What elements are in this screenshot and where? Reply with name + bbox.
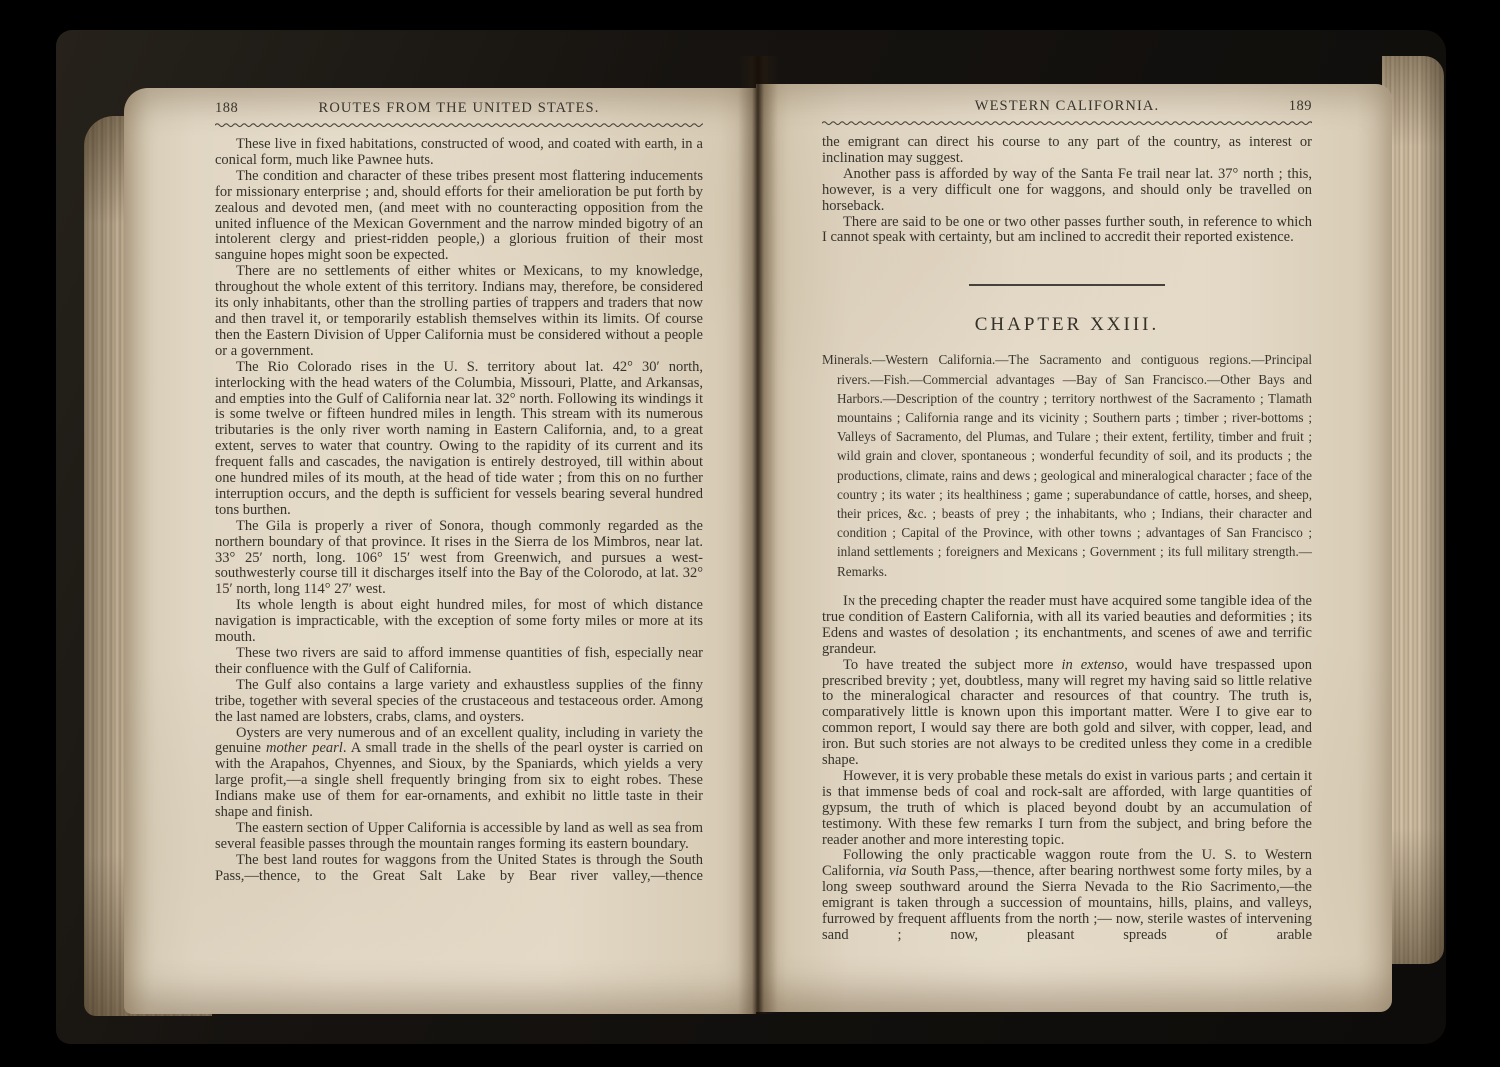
- paragraph: In the preceding chapter the reader must…: [822, 594, 1312, 658]
- paragraph: There are said to be one or two other pa…: [822, 215, 1312, 247]
- paragraph: These two rivers are said to afford imme…: [215, 646, 703, 678]
- paragraph: Another pass is afforded by way of the S…: [822, 167, 1312, 215]
- paragraph: The Gila is properly a river of Sonora, …: [215, 519, 703, 599]
- paragraph: Oysters are very numerous and of an exce…: [215, 726, 703, 821]
- paragraph: To have treated the subject more in exte…: [822, 658, 1312, 769]
- page-number: 189: [1252, 98, 1312, 115]
- paragraph: Its whole length is about eight hundred …: [215, 598, 703, 646]
- wavy-rule: [215, 122, 703, 128]
- page-number: 188: [215, 100, 275, 117]
- photo-background: 188 ROUTES FROM THE UNITED STATES. These…: [0, 0, 1500, 1067]
- right-page-top-body: the emigrant can direct his course to an…: [822, 135, 1312, 246]
- right-page-text-column: WESTERN CALIFORNIA. 189 the emigrant can…: [822, 98, 1312, 944]
- right-page: WESTERN CALIFORNIA. 189 the emigrant can…: [756, 84, 1392, 1012]
- paragraph: The Rio Colorado rises in the U. S. terr…: [215, 360, 703, 519]
- paragraph: The condition and character of these tri…: [215, 169, 703, 264]
- paragraph: The Gulf also contains a large variety a…: [215, 678, 703, 726]
- paragraph: The best land routes for waggons from th…: [215, 853, 703, 885]
- paragraph: There are no settlements of either white…: [215, 264, 703, 359]
- running-head: WESTERN CALIFORNIA.: [882, 98, 1252, 115]
- wavy-rule: [822, 120, 1312, 126]
- left-page: 188 ROUTES FROM THE UNITED STATES. These…: [124, 88, 756, 1014]
- running-head: ROUTES FROM THE UNITED STATES.: [275, 100, 643, 117]
- left-page-text-column: 188 ROUTES FROM THE UNITED STATES. These…: [215, 100, 703, 885]
- chapter-summary: Minerals.—Western California.—The Sacram…: [822, 350, 1312, 580]
- right-page-lower-body: In the preceding chapter the reader must…: [822, 594, 1312, 944]
- paragraph: The eastern section of Upper California …: [215, 821, 703, 853]
- right-page-header: WESTERN CALIFORNIA. 189: [822, 98, 1312, 115]
- paragraph: These live in fixed habitations, constru…: [215, 137, 703, 169]
- paragraph: the emigrant can direct his course to an…: [822, 135, 1312, 167]
- paragraph: Following the only practicable waggon ro…: [822, 848, 1312, 943]
- paragraph: However, it is very probable these metal…: [822, 769, 1312, 849]
- left-page-body: These live in fixed habitations, constru…: [215, 137, 703, 885]
- left-page-header: 188 ROUTES FROM THE UNITED STATES.: [215, 100, 703, 117]
- book-gutter-shadow: [738, 56, 778, 1014]
- section-divider-rule: [969, 284, 1165, 286]
- chapter-heading: CHAPTER XXIII.: [822, 314, 1312, 336]
